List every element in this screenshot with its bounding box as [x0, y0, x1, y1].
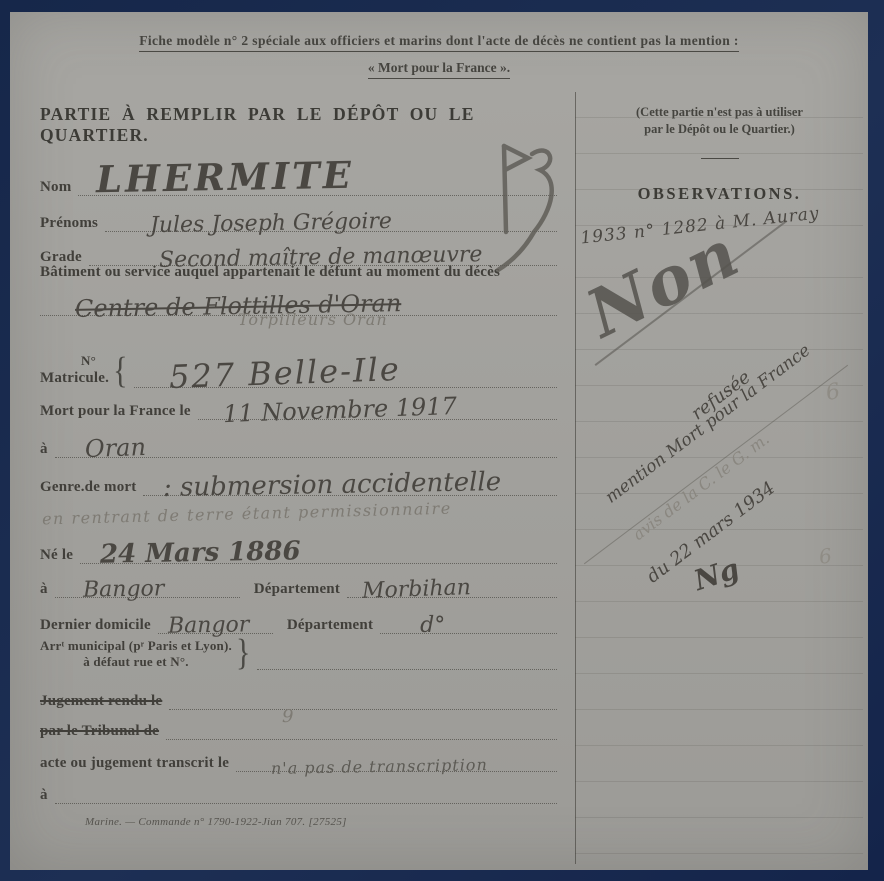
naissance-dept-label: Département — [254, 581, 340, 598]
batiment-pencil-note: Torpilleurs Oran — [238, 310, 388, 330]
nom-value: LHERMITE — [96, 153, 355, 201]
genre-mort-line: : submersion accidentelle — [143, 479, 557, 496]
tribunal-value: 9 — [282, 706, 293, 727]
jugement-line — [169, 693, 557, 710]
field-lieu-deces: à Oran — [40, 428, 557, 458]
lieu-deces-label: à — [40, 441, 48, 458]
field-matricule: N° Matricule. { 527 Belle-Ile — [40, 340, 557, 388]
lieu-naissance-value: Bangor — [82, 576, 164, 602]
prenoms-label: Prénoms — [40, 215, 98, 232]
arr-label-line2: à défaut rue et N°. — [40, 654, 232, 670]
usage-note-line2: par le Dépôt ou le Quartier.) — [576, 121, 863, 138]
matricule-line: 527 Belle-Ile — [134, 371, 557, 388]
field-lieu-transcription: à — [40, 778, 557, 804]
nom-label: Nom — [40, 179, 71, 196]
arr-label-line1: Arrᵗ municipal (pʳ Paris et Lyon). — [40, 638, 232, 653]
lieu-naissance-line: Bangor — [55, 581, 240, 598]
field-genre-mort: Genre.de mort : submersion accidentelle — [40, 464, 557, 496]
genre-mort-value: : submersion accidentelle — [163, 467, 502, 503]
lieu-deces-value: Oran — [84, 433, 146, 463]
tribunal-line — [166, 723, 557, 740]
ne-le-line: 24 Mars 1886 — [80, 547, 557, 564]
faint-pencil-mark-2: 6 — [817, 543, 833, 569]
ne-le-value: 24 Mars 1886 — [100, 536, 301, 569]
transcription-line: n'a pas de transcription — [236, 755, 557, 772]
matricule-label-line1: N° — [68, 353, 109, 369]
record-card: Fiche modèle n° 2 spéciale aux officiers… — [10, 12, 868, 870]
annotation-paraph: Ng — [690, 552, 743, 597]
mort-france-label: Mort pour la France le — [40, 403, 191, 420]
matricule-label: N° Matricule. — [40, 353, 109, 388]
matricule-label-line2: Matricule. — [40, 370, 109, 386]
printer-imprint: Marine. — Commande n° 1790-1922-Jian 707… — [85, 816, 351, 828]
observations-title: OBSERVATIONS. — [576, 184, 863, 204]
arr-municipal-line — [257, 653, 557, 670]
tribunal-label: par le Tribunal de — [40, 723, 159, 740]
field-grade: Grade Second maître de manœuvre — [40, 238, 557, 266]
genre-mort-pencil-note: en rentrant de terre étant permissionnai… — [42, 499, 452, 530]
ne-le-label: Né le — [40, 547, 73, 564]
genre-mort-label: Genre.de mort — [40, 479, 136, 496]
field-tribunal: par le Tribunal de — [40, 714, 557, 740]
field-batiment-label-row: Bâtiment ou service auquel appartenait l… — [40, 264, 557, 281]
lieu-transcription-label: à — [40, 787, 48, 804]
field-nom: Nom LHERMITE — [40, 152, 557, 196]
mort-france-value: 11 Novembre 1917 — [222, 392, 457, 428]
field-lieu-naissance: à Bangor Département Morbihan — [40, 568, 557, 598]
transcription-label: acte ou jugement transcrit le — [40, 755, 229, 772]
matricule-brace: { — [113, 350, 127, 393]
transcription-value: n'a pas de transcription — [271, 755, 488, 778]
divider-dash — [701, 158, 739, 159]
field-ne-le: Né le 24 Mars 1886 — [40, 532, 557, 564]
nom-line: LHERMITE — [78, 179, 557, 196]
mort-france-line: 11 Novembre 1917 — [198, 403, 557, 420]
column-usage-note: (Cette partie n'est pas à utiliser par l… — [576, 104, 863, 138]
prenoms-value: Jules Joseph Grégoire — [150, 209, 392, 238]
usage-note-line1: (Cette partie n'est pas à utiliser — [576, 104, 863, 121]
left-column: PARTIE À REMPLIR PAR LE DÉPÔT OU LE QUAR… — [10, 12, 575, 870]
faint-pencil-mark-1: 6 — [824, 379, 842, 406]
scanned-document: Fiche modèle n° 2 spéciale aux officiers… — [0, 0, 884, 881]
jugement-label: Jugement rendu le — [40, 693, 162, 710]
observations-column: (Cette partie n'est pas à utiliser par l… — [575, 92, 863, 864]
arr-municipal-brace: } — [236, 632, 250, 675]
printer-imprint-text: Marine. — Commande n° 1790-1922-Jian 707… — [85, 816, 347, 828]
field-jugement: Jugement rendu le — [40, 684, 557, 710]
field-arr-municipal: Arrᵗ municipal (pʳ Paris et Lyon). à déf… — [40, 630, 557, 670]
field-prenoms: Prénoms Jules Joseph Grégoire — [40, 204, 557, 232]
lieu-deces-line: Oran — [55, 441, 557, 458]
lieu-transcription-line — [55, 787, 557, 804]
naissance-dept-value: Morbihan — [362, 575, 472, 604]
naissance-dept-line: Morbihan — [347, 581, 557, 598]
lieu-naissance-label: à — [40, 581, 48, 598]
field-transcription: acte ou jugement transcrit le n'a pas de… — [40, 744, 557, 772]
batiment-label: Bâtiment ou service auquel appartenait l… — [40, 264, 500, 281]
field-mort-france: Mort pour la France le 11 Novembre 1917 — [40, 390, 557, 420]
pencil-paraph-icon — [488, 134, 560, 279]
arr-municipal-label: Arrᵗ municipal (pʳ Paris et Lyon). à déf… — [40, 638, 232, 671]
